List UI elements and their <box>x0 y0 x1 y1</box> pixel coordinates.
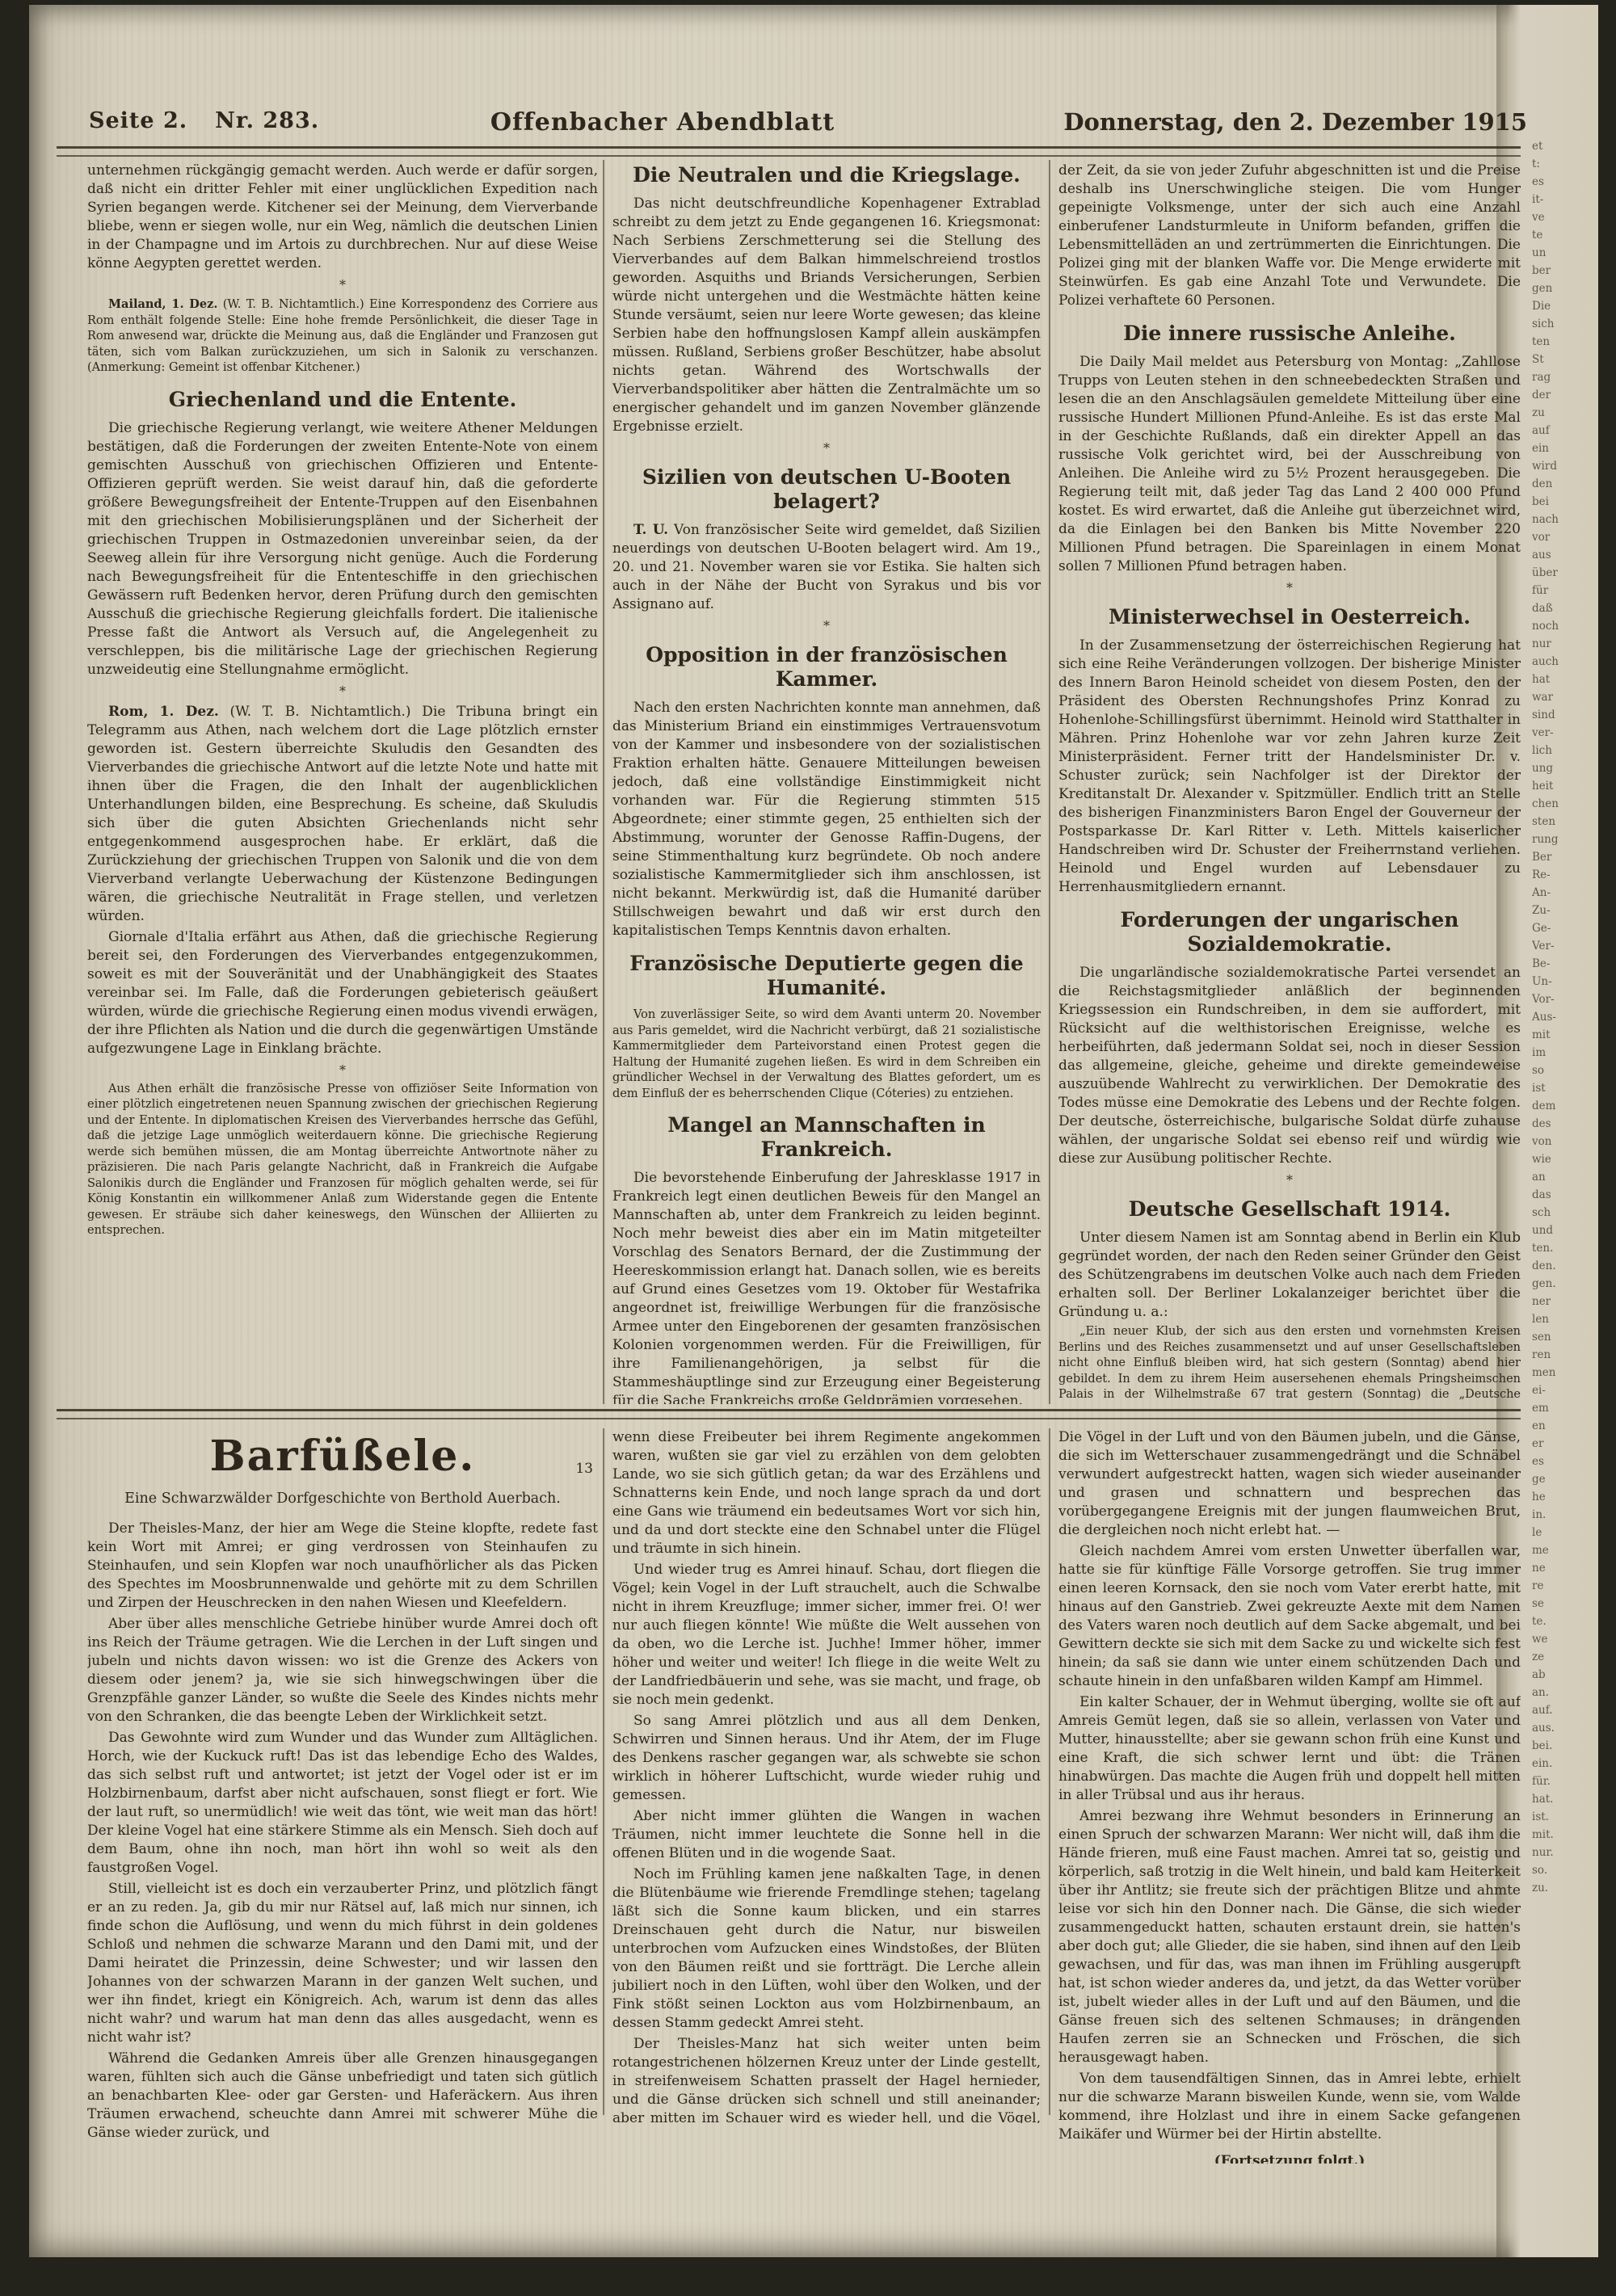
article-headline: Griechenland und die Entente. <box>87 388 598 412</box>
masthead: Offenbacher Abendblatt <box>485 108 840 137</box>
article-paragraph: „Ein neuer Klub, der sich aus den ersten… <box>1058 1324 1521 1404</box>
article-headline: Opposition in der französischen Kammer. <box>612 643 1041 692</box>
story-paragraph: Aber über alles menschliche Getriebe hin… <box>87 1615 598 1726</box>
article-headline: Forderungen der ungarischen Sozialdemokr… <box>1058 908 1521 957</box>
dateline: Rom, 1. Dez. <box>108 704 219 720</box>
section-separator-star: * <box>612 442 1041 454</box>
section-separator-star: * <box>1058 1174 1521 1186</box>
feuilleton-subtitle: Eine Schwarzwälder Dorfgeschichte von Be… <box>87 1490 598 1508</box>
feuilleton-title: Barfüßele. <box>87 1432 598 1482</box>
story-paragraph: So sang Amrei plötzlich und aus all dem … <box>612 1712 1041 1805</box>
feuilleton-column-2: wenn diese Freibeuter bei ihrem Regiment… <box>612 1428 1041 2123</box>
article-headline: Deutsche Gesellschaft 1914. <box>1058 1197 1521 1222</box>
story-paragraph: Und wieder trug es Amrei hinauf. Schau, … <box>612 1561 1041 1709</box>
story-paragraph: Gleich nachdem Amrei vom ersten Unwetter… <box>1058 1542 1521 1691</box>
article-paragraph: Mailand, 1. Dez. (W. T. B. Nichtamtlich.… <box>87 296 598 376</box>
date-line: Donnerstag, den 2. Dezember 1915 <box>1042 108 1527 136</box>
section-separator-star: * <box>1058 582 1521 594</box>
page-label: Seite 2. <box>89 108 187 133</box>
page-number-line: Seite 2.Nr. 283. <box>89 108 319 133</box>
column-divider <box>1049 1428 1050 2115</box>
feuilleton-divider-rule <box>57 1409 1521 1419</box>
installment-number: 13 <box>575 1460 593 1478</box>
story-paragraph: Während die Gedanken Amreis über alle Gr… <box>87 2050 598 2139</box>
story-paragraph: Noch im Frühling kamen jene naßkalten Ta… <box>612 1865 1041 2033</box>
newspaper-page: et t: es it- ve te un ber gen Die sich t… <box>0 0 1616 2296</box>
article-paragraph: Die bevorstehende Einberufung der Jahres… <box>612 1169 1041 1404</box>
article-headline: Mangel an Mannschaften in Frankreich. <box>612 1113 1041 1162</box>
story-paragraph: Ein kalter Schauer, der in Wehmut übergi… <box>1058 1693 1521 1805</box>
story-paragraph: Von dem tausendfältigen Sinnen, das in A… <box>1058 2070 1521 2144</box>
article-paragraph: In der Zusammensetzung der österreichisc… <box>1058 637 1521 897</box>
article-paragraph: Das nicht deutschfreundliche Kopenhagene… <box>612 195 1041 436</box>
article-paragraph: Unter diesem Namen ist am Sonntag abend … <box>1058 1229 1521 1322</box>
feuilleton-title-block: Barfüßele. 13 <box>87 1432 598 1482</box>
dateline: Mailand, 1. Dez. <box>108 297 217 311</box>
article-paragraph: Die ungarländische sozialdemokratische P… <box>1058 964 1521 1168</box>
article-paragraph: Rom, 1. Dez. (W. T. B. Nichtamtlich.) Di… <box>87 703 598 926</box>
feuilleton-column-1: Barfüßele. 13 Eine Schwarzwälder Dorfges… <box>87 1428 598 2139</box>
main-column-1: unternehmen rückgängig gemacht werden. A… <box>87 162 598 1404</box>
article-paragraph: Aus Athen erhält die französische Presse… <box>87 1082 598 1239</box>
paragraph-text: Von französischer Seite wird gemeldet, d… <box>612 522 1041 612</box>
article-headline: Die innere russische Anleihe. <box>1058 322 1521 346</box>
column-divider <box>603 1428 604 2115</box>
issue-label: Nr. 283. <box>215 108 319 133</box>
story-paragraph: Still, vielleicht ist es doch ein verzau… <box>87 1880 598 2047</box>
section-separator-star: * <box>87 685 598 697</box>
article-paragraph: der Zeit, da sie von jeder Zufuhr abgesc… <box>1058 162 1521 310</box>
story-paragraph: Das Gewohnte wird zum Wunder und das Wun… <box>87 1729 598 1878</box>
article-paragraph: Giornale d'Italia erfährt aus Athen, daß… <box>87 928 598 1058</box>
article-headline: Französische Deputierte gegen die Humani… <box>612 952 1041 1000</box>
story-paragraph: Amrei bezwang ihre Wehmut besonders in E… <box>1058 1807 1521 2067</box>
story-paragraph: Der Theisles-Manz, der hier am Wege die … <box>87 1520 598 1613</box>
story-paragraph: Der Theisles-Manz hat sich weiter unten … <box>612 2035 1041 2123</box>
story-paragraph: wenn diese Freibeuter bei ihrem Regiment… <box>612 1428 1041 1558</box>
article-paragraph: Die griechische Regierung verlangt, wie … <box>87 419 598 679</box>
story-paragraph: Aber nicht immer glühten die Wangen in w… <box>612 1807 1041 1863</box>
article-headline: Sizilien von deutschen U-Booten belagert… <box>612 465 1041 514</box>
dateline: T. U. <box>633 522 668 538</box>
article-headline: Ministerwechsel in Oesterreich. <box>1058 605 1521 629</box>
section-separator-star: * <box>87 279 598 291</box>
main-column-2: Die Neutralen und die Kriegslage. Das ni… <box>612 162 1041 1404</box>
article-paragraph: Die Daily Mail meldet aus Petersburg von… <box>1058 353 1521 576</box>
adjacent-page-text-strip: et t: es it- ve te un ber gen Die sich t… <box>1532 137 1595 2141</box>
header-rule <box>57 146 1521 157</box>
section-separator-star: * <box>87 1064 598 1076</box>
article-headline: Die Neutralen und die Kriegslage. <box>612 163 1041 187</box>
article-paragraph: Von zuverlässiger Seite, so wird dem Ava… <box>612 1007 1041 1102</box>
story-paragraph: Die Vögel in der Luft und von den Bäumen… <box>1058 1428 1521 1540</box>
article-paragraph: Nach den ersten Nachrichten konnte man a… <box>612 699 1041 940</box>
feuilleton-column-3: Die Vögel in der Luft und von den Bäumen… <box>1058 1428 1521 2164</box>
paragraph-text: (W. T. B. Nichtamtlich.) Die Tribuna bri… <box>87 704 598 924</box>
main-column-3: der Zeit, da sie von jeder Zufuhr abgesc… <box>1058 162 1521 1404</box>
column-divider <box>1049 160 1050 1404</box>
column-divider <box>603 160 604 1404</box>
article-paragraph: unternehmen rückgängig gemacht werden. A… <box>87 162 598 273</box>
section-separator-star: * <box>612 620 1041 632</box>
article-paragraph: T. U. Von französischer Seite wird gemel… <box>612 521 1041 614</box>
continuation-note: (Fortsetzung folgt.) <box>1058 2152 1521 2164</box>
